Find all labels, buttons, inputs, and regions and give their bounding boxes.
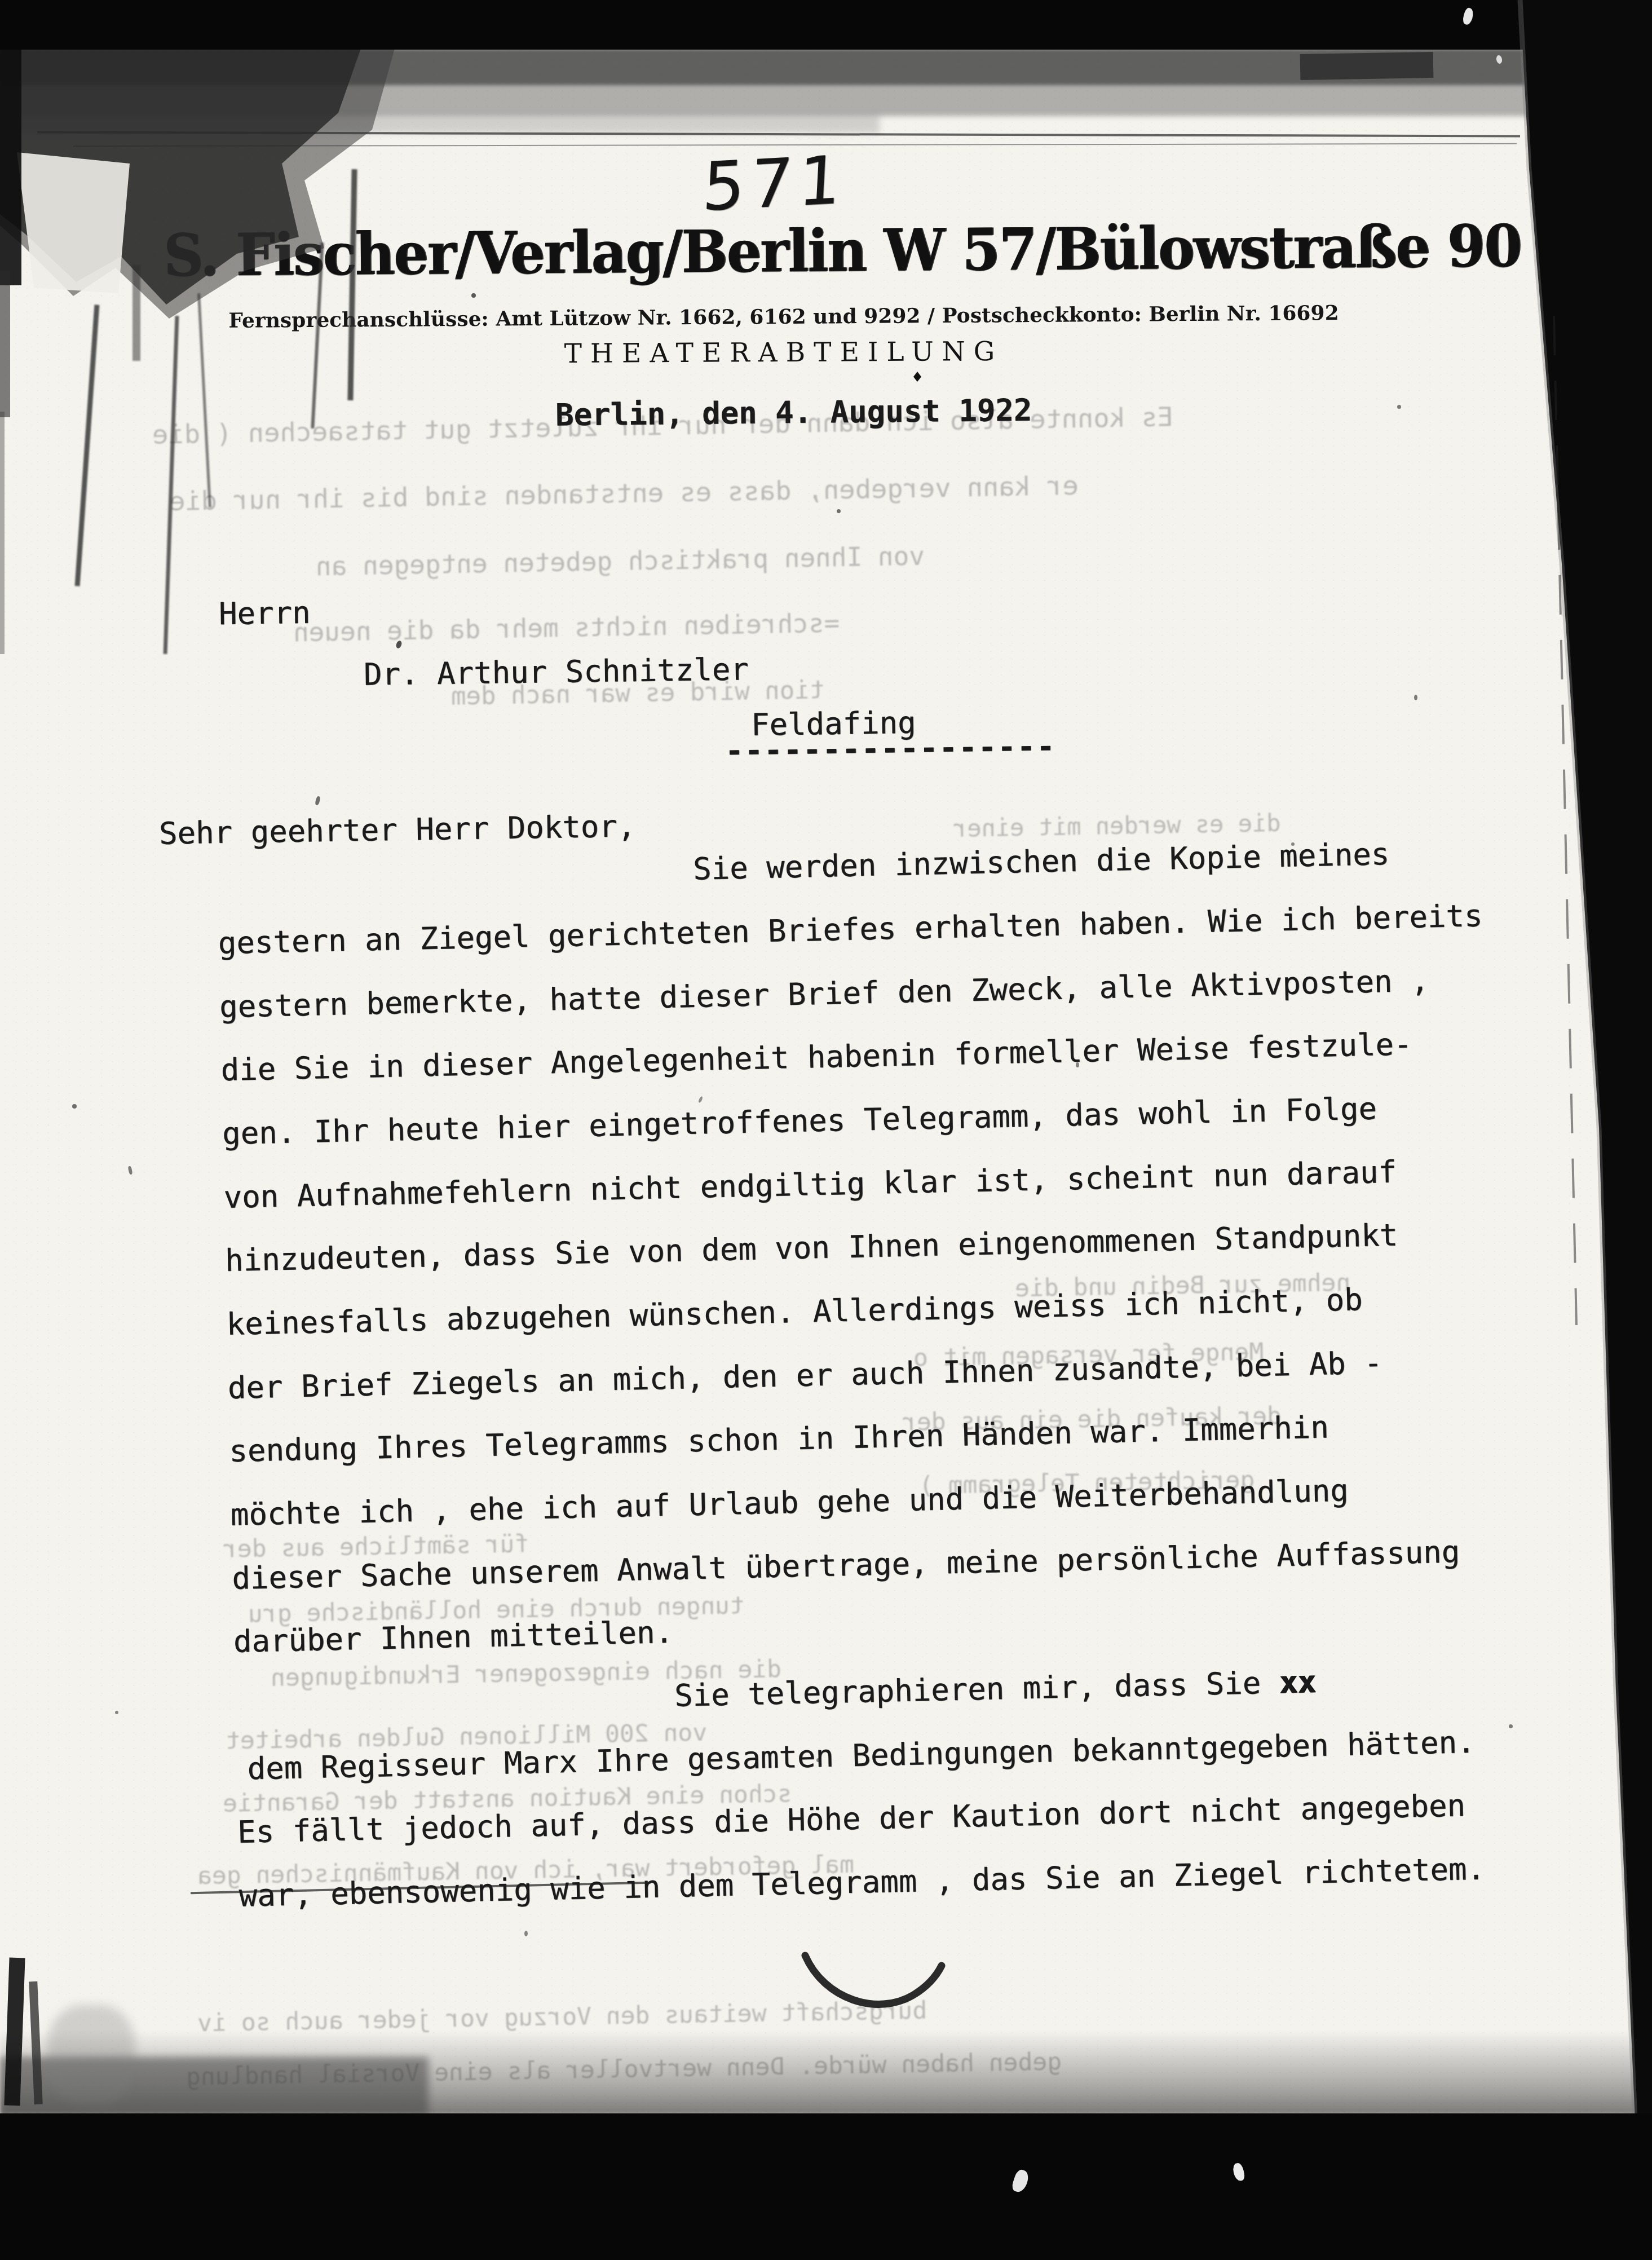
handwritten-page-number: 571 bbox=[701, 140, 849, 226]
typed-line: Sie telegraphieren mir, dass Sie xx bbox=[674, 1664, 1316, 1714]
diamond-ornament-icon: ♦ bbox=[912, 368, 922, 387]
ink-speck bbox=[524, 1931, 528, 1936]
ghost-line: er kann vergeben, dass es entstanden sin… bbox=[169, 470, 1079, 517]
film-border-bottom bbox=[0, 2113, 1652, 2260]
typed-line: von Aufnahmefehlern nicht endgiltig klar… bbox=[223, 1154, 1397, 1215]
ghost-line: die es werden mit einer bbox=[953, 809, 1281, 842]
typed-line: gestern an Ziegel gerichteten Briefes er… bbox=[218, 898, 1483, 961]
typed-line: dieser Sache unserem Anwalt übertrage, m… bbox=[232, 1534, 1460, 1596]
recipient-salutation-prefix: Herrn bbox=[219, 595, 311, 632]
typed-line: möchte ich , ehe ich auf Urlaub gehe und… bbox=[230, 1473, 1349, 1533]
recipient-name: Dr. Arthur Schnitzler bbox=[364, 651, 749, 692]
ghost-line: von Ihnen praktisch gebeten entgegen an bbox=[316, 541, 925, 582]
letterhead-publisher: S. Fischer/Verlag/Berlin W 57/Bülowstraß… bbox=[164, 213, 1399, 289]
ink-speck bbox=[1076, 1062, 1079, 1067]
letter-body: Sie werden inzwischen die Kopie meinesge… bbox=[217, 833, 1547, 1922]
ink-speck bbox=[1414, 695, 1417, 700]
typed-line: gestern bemerkte, hatte dieser Brief den… bbox=[219, 963, 1430, 1025]
ink-speck bbox=[1291, 842, 1295, 846]
typed-line: hinzudeuten, dass Sie von dem von Ihnen … bbox=[224, 1217, 1398, 1278]
city-underline: ----------------- bbox=[725, 729, 1057, 769]
ink-speck bbox=[471, 293, 476, 298]
film-border-top bbox=[0, 0, 1652, 50]
top-smudge-band bbox=[0, 114, 880, 133]
ink-speck bbox=[72, 1104, 77, 1109]
date-line: Berlin, den 4. August 1922 bbox=[555, 392, 1032, 433]
top-smudge-band bbox=[0, 83, 1534, 116]
typed-line: darüber Ihnen mitteilen. bbox=[233, 1614, 673, 1659]
greeting-line: Sehr geehrter Herr Doktor, bbox=[159, 808, 636, 851]
typed-line: keinesfalls abzugehen wünschen. Allerdin… bbox=[226, 1282, 1363, 1342]
ink-speck bbox=[1397, 405, 1401, 409]
ink-speck bbox=[115, 1711, 118, 1714]
typed-line: der Brief Ziegels an mich, den er auch I… bbox=[227, 1345, 1382, 1406]
typed-line: die Sie in dieser Angelegenheit habenin … bbox=[220, 1026, 1412, 1088]
typed-line: Es fällt jedoch auf, dass die Höhe der K… bbox=[237, 1787, 1465, 1850]
typed-line: dem Regisseur Marx Ihre gesamten Bedingu… bbox=[247, 1724, 1476, 1787]
scanned-letter-page: Es konnte also ich dann der nur ihr zule… bbox=[0, 0, 1652, 2260]
ink-speck bbox=[1509, 1724, 1513, 1728]
typed-line: sendung Ihres Telegramms schon in Ihren … bbox=[229, 1409, 1329, 1469]
ink-speck bbox=[816, 1758, 820, 1762]
bottom-left-smudge bbox=[47, 2005, 135, 2104]
ink-drip-streak bbox=[132, 265, 140, 361]
top-right-smudge bbox=[1300, 52, 1434, 80]
ghost-line: =schreiben nichts mehr da die neuen bbox=[293, 608, 840, 648]
ink-speck bbox=[837, 509, 841, 513]
typed-line: gen. Ihr heute hier eingetroffenes Teleg… bbox=[222, 1091, 1377, 1151]
overstrike-xx: xx bbox=[1279, 1664, 1316, 1700]
